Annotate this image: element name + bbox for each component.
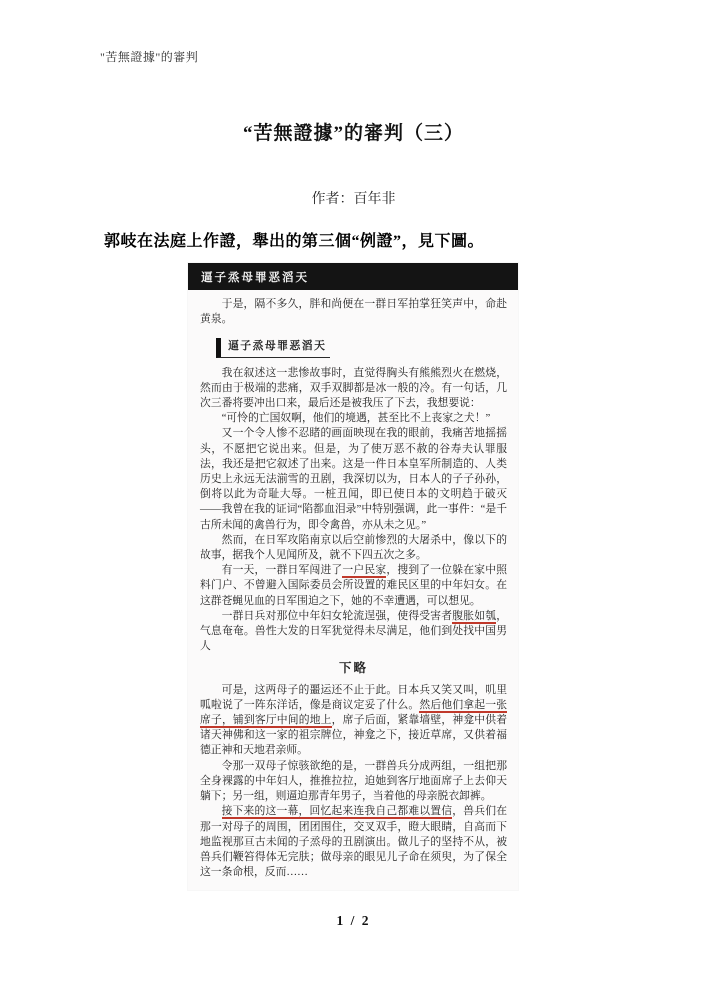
red-underlined-phrase: 腹胀如瓠: [452, 610, 496, 624]
scan-skip-label: 下略: [200, 661, 507, 676]
red-underlined-phrase: 一户民家: [342, 564, 386, 578]
article-lead-sentence: 郭岐在法庭上作證，舉出的第三個“例證”，見下圖。: [104, 228, 604, 251]
scan-paragraph: 一群日兵对那位中年妇女轮流逞强，使得受害者腹胀如瓠，气息奄奄。兽性大发的日军犹觉…: [200, 609, 507, 655]
scan-banner-title: 逼子烝母罪恶滔天: [188, 263, 518, 290]
article-title: “苦無證據”的審判（三）: [0, 118, 707, 145]
running-header: "苦無證據"的審判: [100, 48, 198, 65]
scan-paragraph: 我在叙述这一悲惨故事时，直觉得胸头有熊熊烈火在燃烧，然而由于极端的悲痛，双手双脚…: [200, 366, 507, 412]
scan-paragraph: 可是，这两母子的噩运还不止于此。日本兵又笑又叫，叽里呱啦说了一阵东洋话，像是商议…: [200, 683, 507, 759]
scan-paragraph: 然而，在日军攻陷南京以后空前惨烈的大屠杀中，像以下的故事，据我个人见闻所及，就不…: [200, 533, 507, 563]
scan-paragraph: “可怜的亡国奴啊，他们的境遇，甚至比不上丧家之犬！”: [200, 411, 507, 426]
scan-paragraph: 接下来的这一幕，回忆起来连我自己都难以置信，兽兵们在那一对母子的周围，团团围住，…: [200, 804, 507, 880]
scan-paragraph: 有一天，一群日军闯进了一户民家，搜到了一位躲在家中照料门户、不曾避入国际委员会所…: [200, 563, 507, 609]
scan-subheading-text: 逼子烝母罪恶滔天: [216, 338, 330, 357]
article-author: 作者：百年非: [0, 188, 707, 208]
page-number: 1 / 2: [0, 913, 707, 929]
red-underlined-phrase: 接下来的这一幕，回忆起来连我自己都难以置信: [222, 805, 453, 819]
scan-subheading: 逼子烝母罪恶滔天: [216, 338, 507, 357]
scan-paragraph: 于是，隔不多久，胖和尚便在一群日军拍掌狂笑声中，命赴黄泉。: [200, 297, 507, 327]
scanned-book-excerpt: 逼子烝母罪恶滔天 于是，隔不多久，胖和尚便在一群日军拍掌狂笑声中，命赴黄泉。逼子…: [188, 263, 518, 890]
scan-paragraphs: 于是，隔不多久，胖和尚便在一群日军拍掌狂笑声中，命赴黄泉。逼子烝母罪恶滔天我在叙…: [188, 290, 518, 890]
scan-paragraph: 令那一双母子惊骇欲绝的是，一群兽兵分成两组，一组把那全身裸露的中年妇人，推推拉拉…: [200, 759, 507, 805]
scan-paragraph: 又一个令人惨不忍睹的画面映现在我的眼前，我痛苦地摇摇头，不愿把它说出来。但是，为…: [200, 426, 507, 532]
document-page: "苦無證據"的審判 “苦無證據”的審判（三） 作者：百年非 郭岐在法庭上作證，舉…: [0, 0, 707, 1000]
